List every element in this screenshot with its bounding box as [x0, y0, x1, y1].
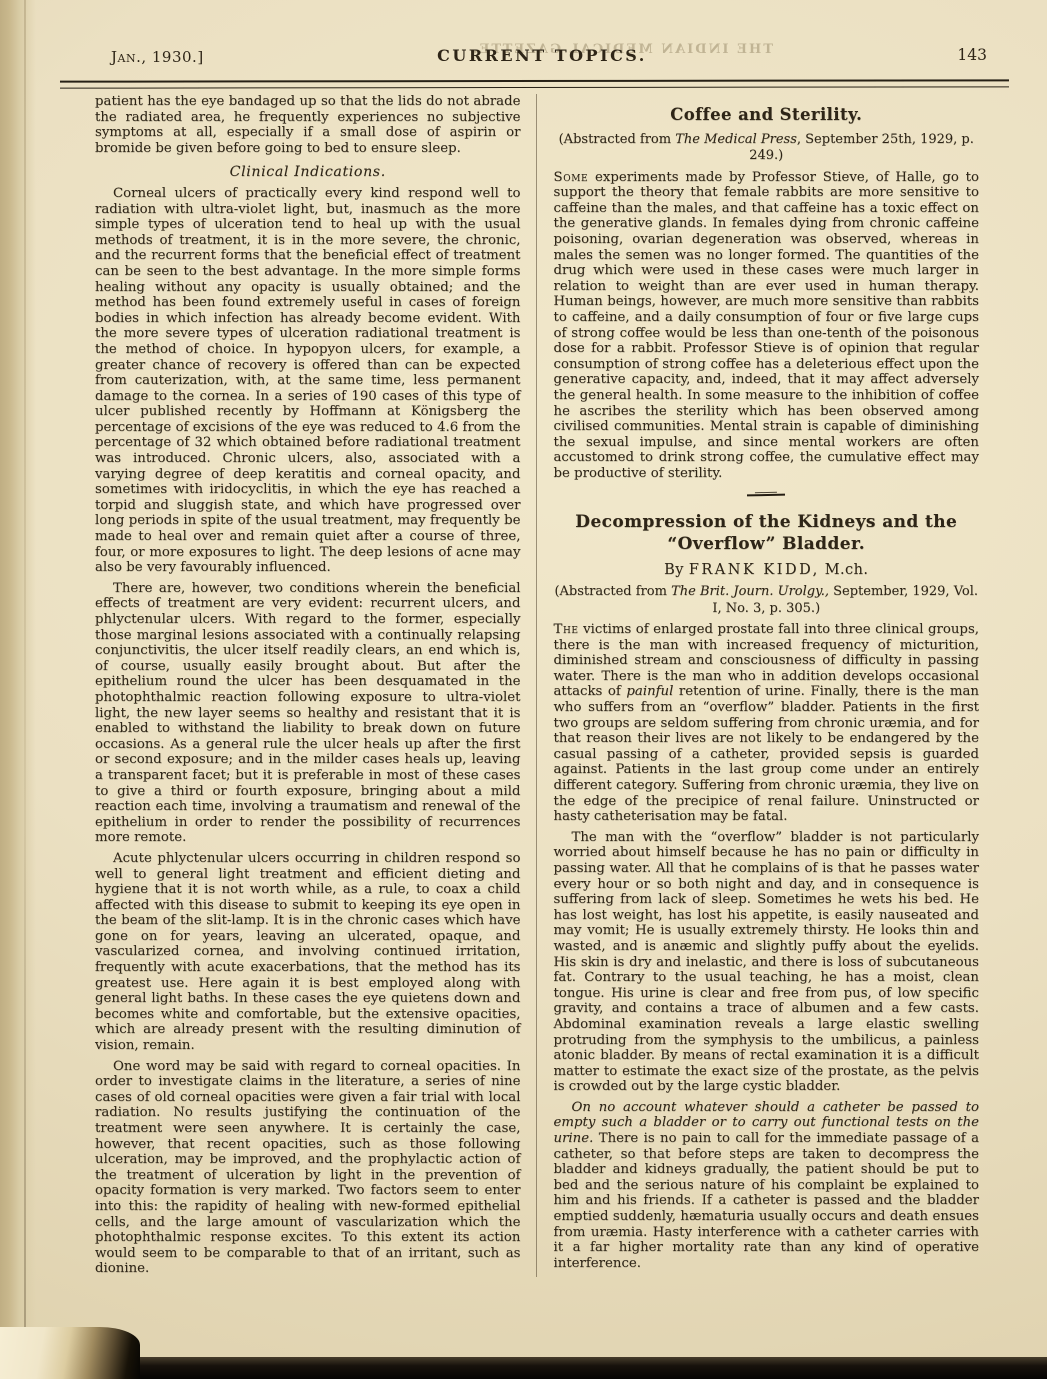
book-page-edge — [0, 0, 36, 1379]
paragraph: The man with the “overflow” bladder is n… — [554, 830, 980, 1095]
text-segment: painful — [626, 684, 673, 699]
article-separator-rule — [747, 494, 785, 497]
paragraph: One word may be said with regard to corn… — [95, 1059, 521, 1277]
paragraph: There are, however, two conditions where… — [95, 581, 521, 846]
title-line-1: Decompression of the Kidneys and the — [575, 512, 957, 532]
article-source-line: (Abstracted from The Brit. Journ. Urolgy… — [554, 584, 980, 617]
text-segment: The — [554, 622, 579, 637]
byline: By FRANK KIDD, M.ch. — [554, 563, 980, 579]
author-name: FRANK KIDD, — [689, 562, 820, 578]
page-edge-crease — [24, 0, 26, 1379]
article-title-coffee-and-sterility: Coffee and Sterility. — [554, 107, 980, 123]
paragraph: Acute phlyctenular ulcers occurring in c… — [95, 851, 521, 1054]
paragraph-continuation: patient has the eye bandaged up so that … — [95, 94, 521, 156]
text-segment: (Abstracted from — [554, 584, 671, 599]
text-segment: retention of urine. Finally, there is th… — [554, 684, 980, 824]
paragraph: Corneal ulcers of practically every kind… — [95, 186, 521, 576]
author-degree: M.ch. — [820, 562, 869, 578]
text-segment: (Abstracted from — [559, 132, 676, 147]
text-segment: There is no pain to call for the immedia… — [554, 1131, 980, 1271]
paragraph: Some experiments made by Professor Stiev… — [554, 170, 980, 482]
page-number: 143 — [957, 46, 987, 64]
article-source-line: (Abstracted from The Medical Press, Sept… — [554, 132, 980, 165]
section-heading-clinical-indications: Clinical Indications. — [95, 165, 521, 181]
page-curl-corner — [0, 1327, 140, 1379]
text-columns: patient has the eye bandaged up so that … — [95, 94, 979, 1277]
scan-bottom-shadow — [106, 1357, 1047, 1379]
article-title-decompression: Decompression of the Kidneys and the “Ov… — [560, 511, 974, 555]
scanned-journal-page: { "header": { "left": "Jan., 1930.]", "c… — [0, 0, 1047, 1379]
page-title: CURRENT TOPICS. — [95, 46, 989, 65]
text-segment: The Brit. Journ. Urolgy., — [671, 584, 829, 599]
text-segment: The Medical Press — [675, 132, 797, 147]
text-segment: Some — [554, 170, 589, 185]
page-header: THE INDIAN MEDICAL GAZETTE. Jan., 1930.]… — [95, 40, 989, 80]
paragraph: On no account whatever should a catheter… — [554, 1100, 980, 1272]
paragraph: The victims of enlarged prostate fall in… — [554, 622, 980, 825]
text-segment: experiments made by Professor Stieve, of… — [554, 170, 980, 481]
left-column: patient has the eye bandaged up so that … — [95, 94, 536, 1277]
header-double-rule — [60, 79, 1009, 88]
byline-by: By — [664, 562, 689, 578]
title-line-2: “Overflow” Bladder. — [667, 534, 865, 554]
right-column: Coffee and Sterility. (Abstracted from T… — [536, 94, 980, 1277]
